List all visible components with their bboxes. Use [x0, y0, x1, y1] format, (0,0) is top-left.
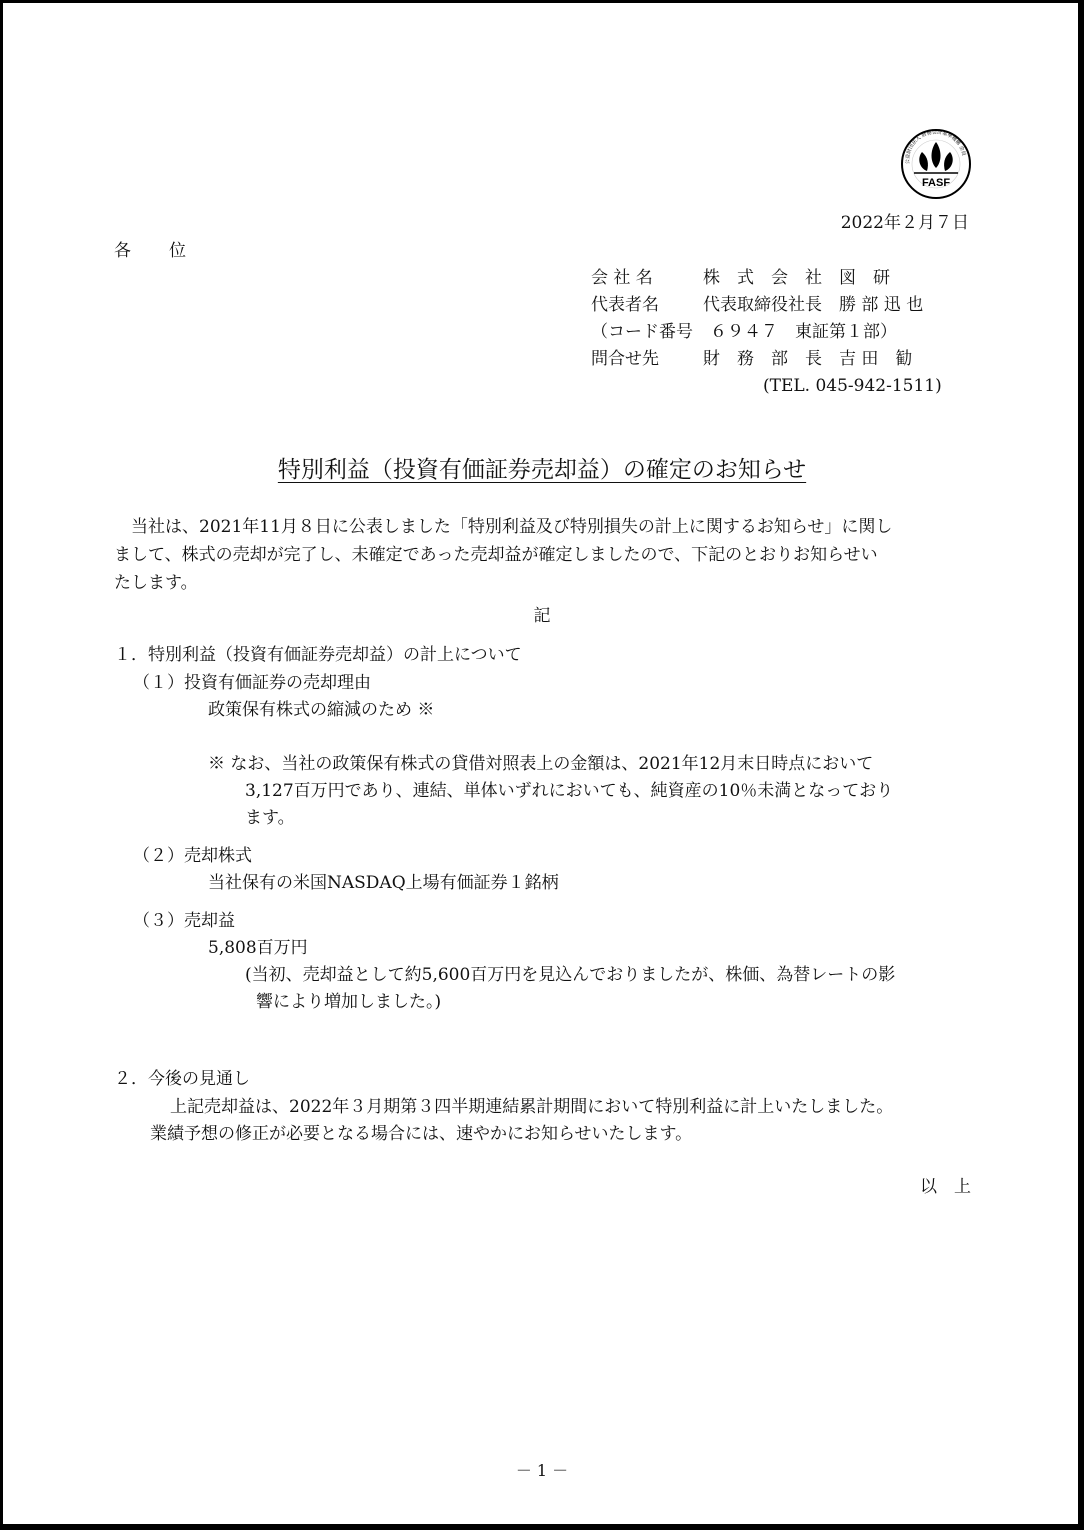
svg-text:FASF: FASF: [922, 177, 950, 189]
ki-heading: 記: [0, 606, 1084, 626]
section1-item1-note-line: ※ なお、当社の政策保有株式の貸借対照表上の金額は、2021年12月末日時点にお…: [208, 754, 873, 774]
closing-ijou: 以 上: [920, 1177, 971, 1197]
section1-item3-heading: （３）売却益: [133, 911, 235, 931]
addressee: 各位: [114, 241, 186, 261]
section1-item1-note-line: ます。: [245, 808, 295, 828]
section1-item2-heading: （２）売却株式: [133, 846, 252, 866]
release-date: 2022年２月７日: [841, 213, 969, 233]
intro-paragraph: 当社は、2021年11月８日に公表しました「特別利益及び特別損失の計上に関するお…: [114, 513, 974, 597]
section1-item1-body: 政策保有株式の縮減のため ※: [208, 700, 434, 720]
contact-value: 財 務 部 長 吉 田 勧: [703, 349, 912, 369]
stock-code-value: （コード番号 ６９４７ 東証第１部）: [591, 322, 897, 342]
document-title: 特別利益（投資有価証券売却益）の確定のお知らせ: [0, 456, 1084, 484]
contact-row: 問合せ先財 務 部 長 吉 田 勧: [591, 349, 942, 376]
page-number: － 1 －: [0, 1461, 1084, 1481]
section2-line: 上記売却益は、2022年３月期第３四半期連結累計期間において特別利益に計上いたし…: [170, 1097, 893, 1117]
document-title-text: 特別利益（投資有価証券売却益）の確定のお知らせ: [278, 457, 806, 483]
section1-item1-heading: （１）投資有価証券の売却理由: [133, 673, 371, 693]
section1-item3-body: 5,808百万円: [208, 938, 308, 958]
fasf-logo: FASF 公益財団法人 財務会計基準機構 会員: [900, 128, 972, 200]
intro-line: たします。: [114, 569, 974, 597]
phone-value: (TEL. 045-942-1511): [763, 376, 942, 396]
intro-line: 当社は、2021年11月８日に公表しました「特別利益及び特別損失の計上に関するお…: [114, 513, 974, 541]
representative-value: 代表取締役社長 勝 部 迅 也: [703, 295, 923, 315]
phone-row: (TEL. 045-942-1511): [591, 376, 942, 403]
section1-heading: １．特別利益（投資有価証券売却益）の計上について: [114, 645, 522, 665]
addressee-char-2: 位: [169, 241, 186, 261]
section1-item1-note-line: 3,127百万円であり、連結、単体いずれにおいても、純資産の10％未満となってお…: [245, 781, 893, 801]
representative-row: 代表者名代表取締役社長 勝 部 迅 也: [591, 295, 942, 322]
section1-item2-body: 当社保有の米国NASDAQ上場有価証券１銘柄: [208, 873, 559, 893]
intro-line: まして、株式の売却が完了し、未確定であった売却益が確定しましたので、下記のとおり…: [114, 541, 974, 569]
section2-line: 業績予想の修正が必要となる場合には、速やかにお知らせいたします。: [150, 1124, 692, 1144]
contact-label: 問合せ先: [591, 349, 703, 369]
section1-item3-note-line: 響により増加しました。): [256, 992, 441, 1012]
representative-label: 代表者名: [591, 295, 703, 315]
company-name-label: 会 社 名: [591, 268, 703, 288]
company-name-value: 株 式 会 社 図 研: [703, 268, 890, 288]
section1-item3-note-line: (当初、売却益として約5,600百万円を見込んでおりましたが、株価、為替レートの…: [245, 965, 895, 985]
section2-heading: ２．今後の見通し: [114, 1069, 250, 1089]
company-info-block: 会 社 名株 式 会 社 図 研 代表者名代表取締役社長 勝 部 迅 也 （コー…: [591, 268, 942, 403]
company-name-row: 会 社 名株 式 会 社 図 研: [591, 268, 942, 295]
fasf-logo-icon: FASF 公益財団法人 財務会計基準機構 会員: [900, 128, 972, 200]
stock-code-row: （コード番号 ６９４７ 東証第１部）: [591, 322, 942, 349]
addressee-char-1: 各: [114, 241, 131, 261]
